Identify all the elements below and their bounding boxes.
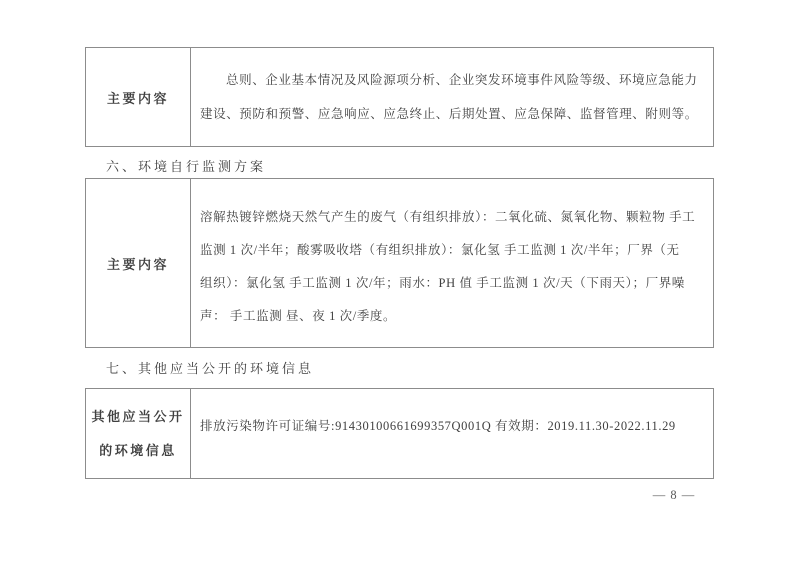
document-page: 主要内容 总则、企业基本情况及风险源项分析、企业突发环境事件风险等级、环境应急能… [0, 0, 800, 565]
other-info-row-label-line-1: 其他应当公开 [91, 400, 184, 434]
section-heading-other-info: 七、其他应当公开的环境信息 [106, 358, 314, 377]
self-monitoring-content-line-1: 溶解热镀锌燃烧天然气产生的废气（有组织排放）：二氧化硫、氮氧化物、颗粒物 手工 [200, 201, 709, 234]
emergency-plan-row-label-cell: 主要内容 [86, 48, 191, 146]
self-monitoring-content-line-2: 监测 1 次/半年；酸雾吸收塔（有组织排放）：氯化氢 手工监测 1 次/半年；厂… [200, 234, 709, 267]
self-monitoring-row-label: 主要内容 [107, 254, 169, 273]
emergency-plan-row-label: 主要内容 [107, 88, 169, 107]
emergency-plan-content-cell: 总则、企业基本情况及风险源项分析、企业突发环境事件风险等级、环境应急能力 建设、… [191, 48, 713, 146]
other-info-content-cell: 排放污染物许可证编号:91430100661699357Q001Q 有效期：20… [191, 389, 713, 478]
self-monitoring-table: 主要内容 溶解热镀锌燃烧天然气产生的废气（有组织排放）：二氧化硫、氮氧化物、颗粒… [85, 178, 714, 348]
pollutant-permit-info: 排放污染物许可证编号:91430100661699357Q001Q 有效期：20… [200, 410, 709, 443]
emergency-plan-table: 主要内容 总则、企业基本情况及风险源项分析、企业突发环境事件风险等级、环境应急能… [85, 47, 714, 147]
other-info-row-label-line-2: 的环境信息 [99, 434, 177, 468]
self-monitoring-content-line-3: 组织）：氯化氢 手工监测 1 次/年；雨水：PH 值 手工监测 1 次/天（下雨… [200, 267, 709, 300]
self-monitoring-content-line-4: 声： 手工监测 昼、夜 1 次/季度。 [200, 300, 709, 333]
emergency-plan-content-line-2: 建设、预防和预警、应急响应、应急终止、后期处置、应急保障、监督管理、附则等。 [200, 97, 709, 131]
self-monitoring-content-cell: 溶解热镀锌燃烧天然气产生的废气（有组织排放）：二氧化硫、氮氧化物、颗粒物 手工 … [191, 179, 713, 347]
section-heading-self-monitoring: 六、环境自行监测方案 [106, 156, 266, 175]
self-monitoring-row-label-cell: 主要内容 [86, 179, 191, 347]
other-info-row-label-cell: 其他应当公开 的环境信息 [86, 389, 191, 478]
page-number: — 8 — [632, 488, 716, 503]
other-info-table: 其他应当公开 的环境信息 排放污染物许可证编号:9143010066169935… [85, 388, 714, 479]
emergency-plan-content-line-1: 总则、企业基本情况及风险源项分析、企业突发环境事件风险等级、环境应急能力 [200, 63, 709, 97]
